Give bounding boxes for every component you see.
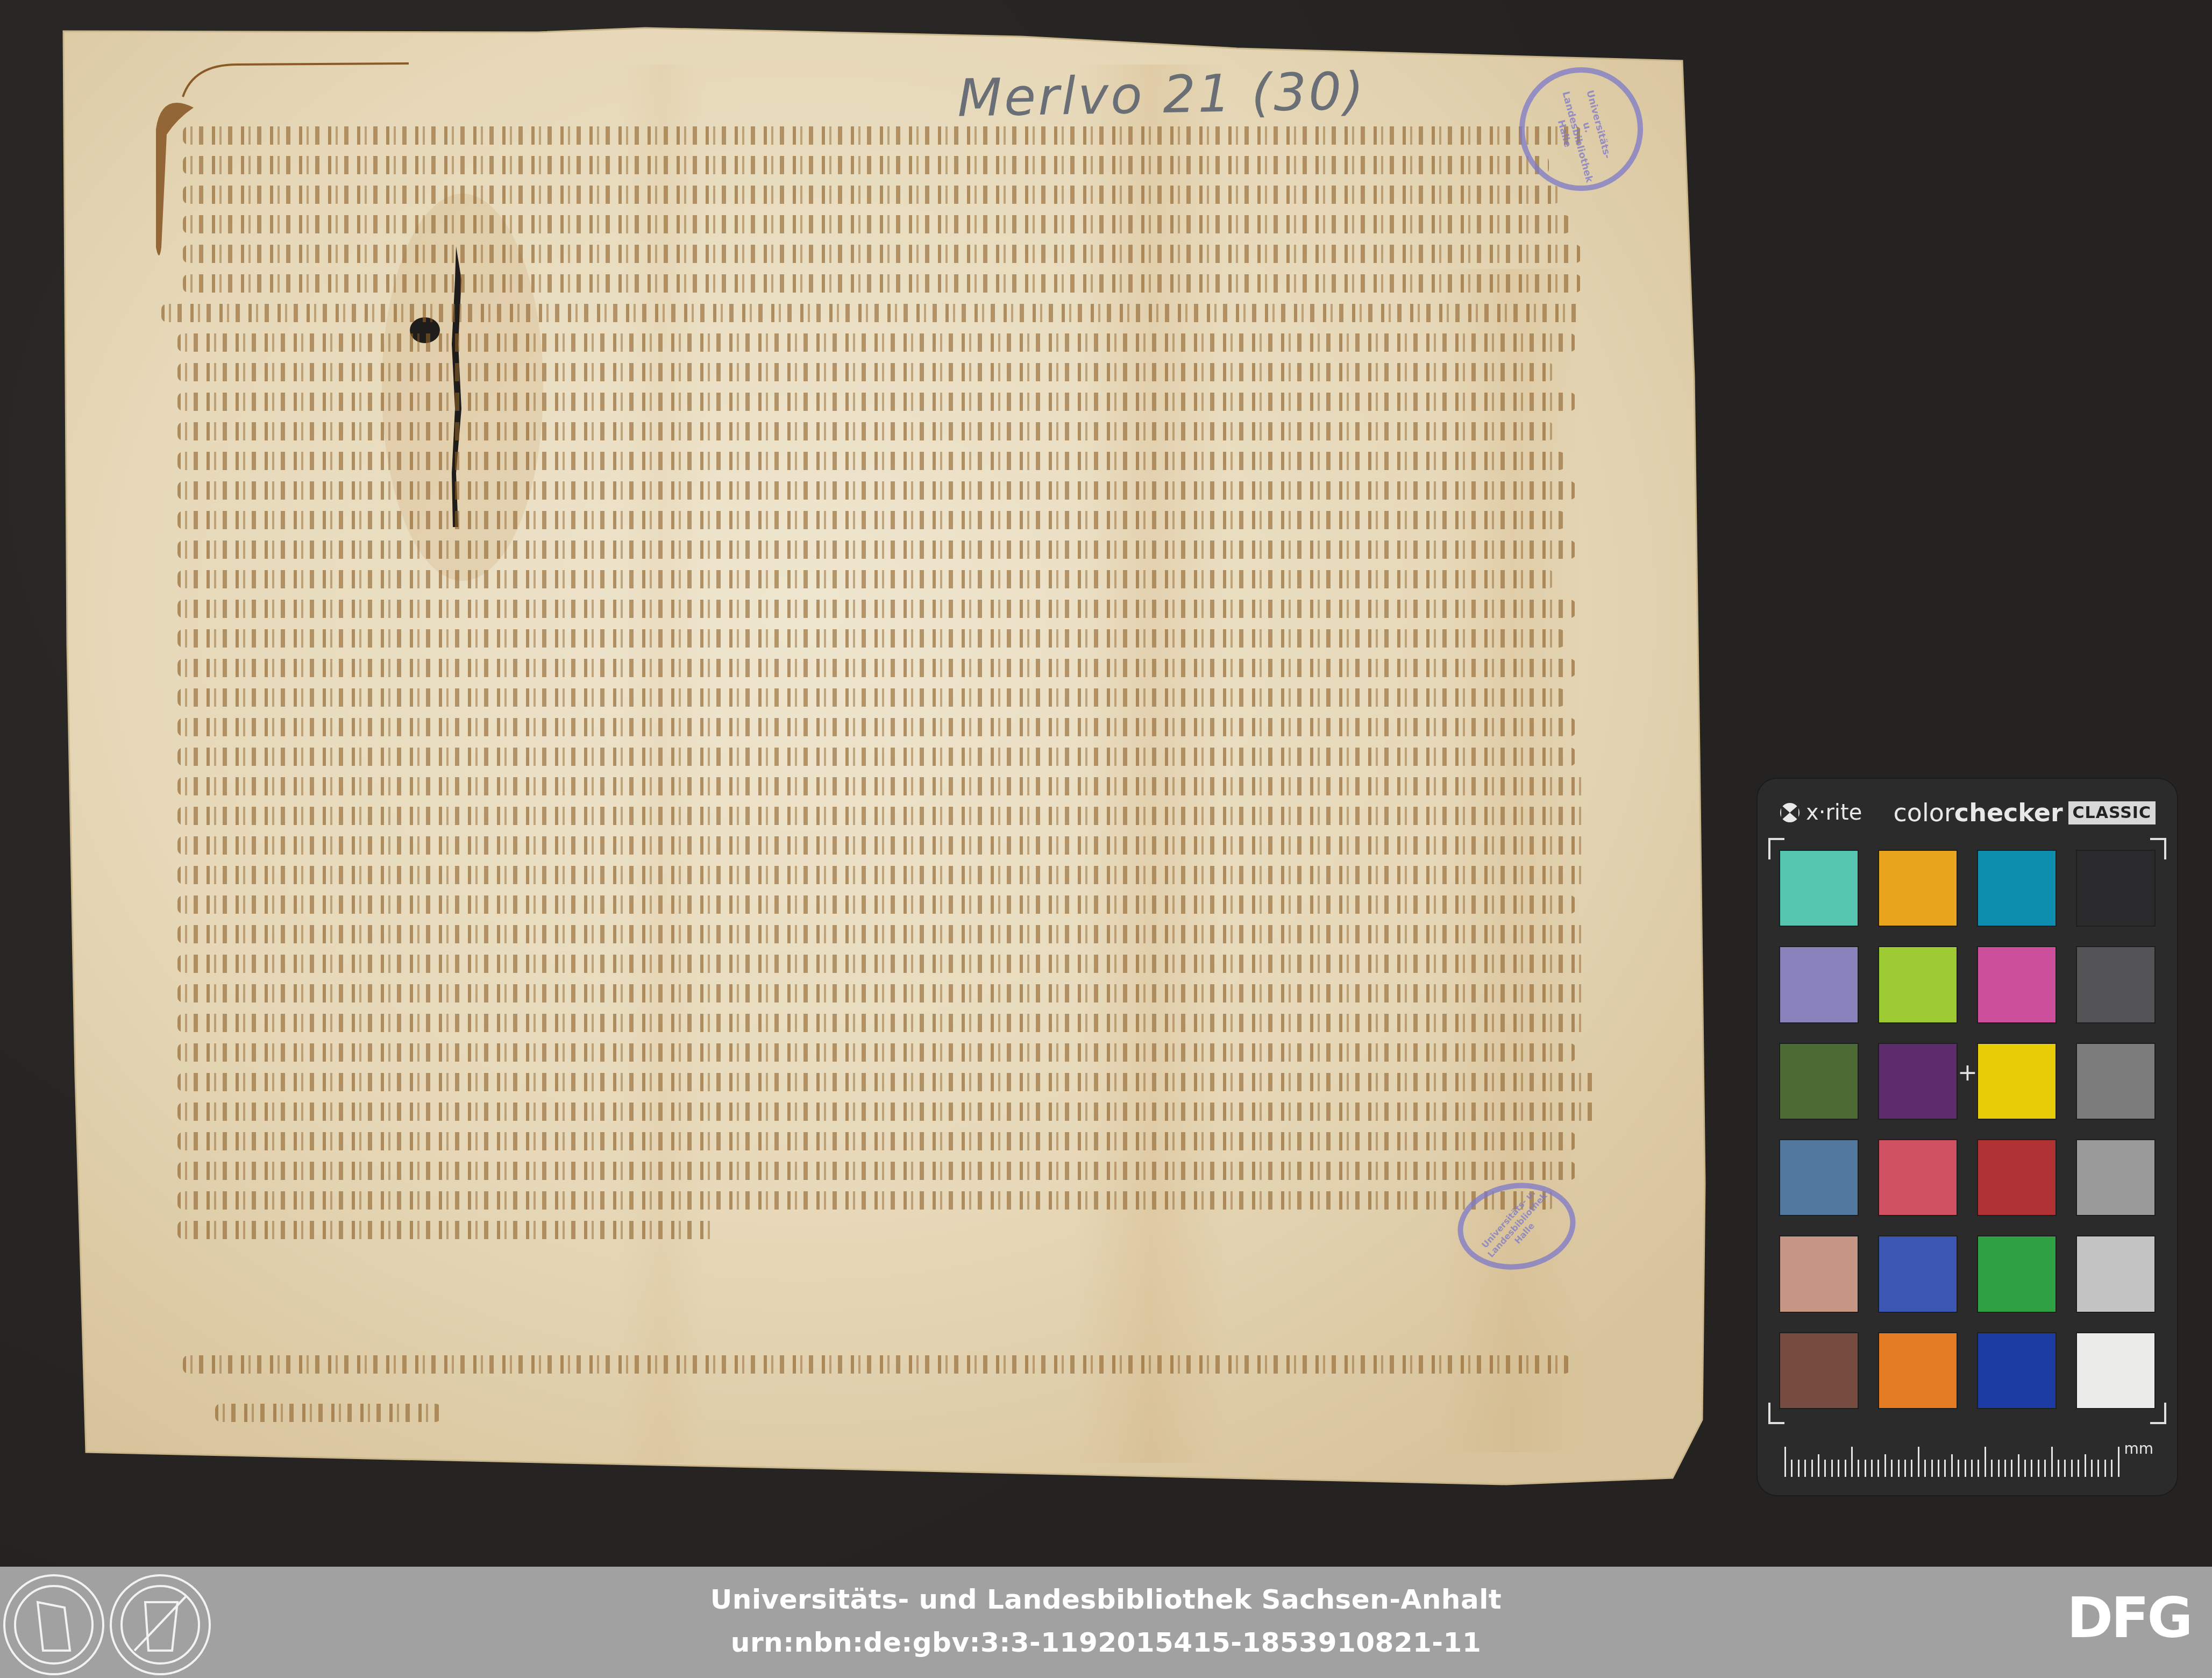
ruler-tick <box>2097 1460 2099 1477</box>
footer-bar: Universitäts- und Landesbibliothek Sachs… <box>0 1567 2212 1678</box>
color-patch <box>2076 1139 2156 1216</box>
ruler-tick <box>2018 1454 2019 1477</box>
ruler-tick <box>1924 1460 1926 1477</box>
ruler-tick <box>1971 1460 1973 1477</box>
ruler-tick <box>2038 1460 2039 1477</box>
urn-identifier: urn:nbn:de:gbv:3:3-1192015415-1853910821… <box>0 1627 2212 1658</box>
ruler-tick <box>1918 1447 1919 1477</box>
color-patch <box>1878 1043 1958 1120</box>
ruler-tick <box>1938 1460 1939 1477</box>
ruler-tick <box>2024 1460 2026 1477</box>
ruler-unit-label: mm <box>2124 1440 2153 1457</box>
color-patch <box>1977 1139 2057 1216</box>
dfg-logo: DFG <box>2067 1596 2196 1640</box>
color-patch <box>2076 850 2156 927</box>
ruler-tick <box>1904 1460 1906 1477</box>
color-patch <box>1977 1235 2057 1312</box>
ruler-tick <box>2031 1460 2032 1477</box>
library-stamp-top: Universitäts- u. Landesbibliothek Halle <box>1519 67 1643 191</box>
classic-badge: CLASSIC <box>2068 801 2156 824</box>
color-patch <box>1779 946 1859 1023</box>
color-patch <box>1977 1043 2057 1120</box>
ruler-tick <box>2091 1460 2093 1477</box>
ruler-tick <box>1831 1460 1833 1477</box>
color-patch <box>1977 946 2057 1023</box>
ruler-tick <box>2085 1454 2086 1477</box>
ruler-tick <box>1978 1460 1979 1477</box>
ruler-tick <box>1998 1460 2000 1477</box>
ruler-tick <box>2044 1460 2046 1477</box>
ruler-tick <box>1911 1460 1912 1477</box>
ruler-tick <box>1818 1454 1819 1477</box>
ruler-tick <box>1804 1460 1806 1477</box>
color-patch <box>1878 1332 1958 1409</box>
ruler-tick <box>1891 1460 1893 1477</box>
ruler-tick <box>2004 1460 2006 1477</box>
color-patch <box>1779 1235 1859 1312</box>
color-patch <box>1878 850 1958 927</box>
ruler-tick <box>1845 1460 1846 1477</box>
ruler-tick <box>1851 1447 1853 1477</box>
color-checker-card: x·rite colorchecker CLASSIC + mm <box>1758 779 2177 1495</box>
ruler-tick <box>2051 1447 2053 1477</box>
colorchecker-product-name: colorchecker CLASSIC <box>1894 798 2156 827</box>
mm-ruler <box>1784 1445 2129 1477</box>
color-patch <box>1977 1332 2057 1409</box>
ruler-tick <box>1824 1460 1826 1477</box>
ruler-tick <box>2064 1460 2066 1477</box>
ruler-tick <box>1944 1460 1946 1477</box>
ruler-tick <box>1858 1460 1859 1477</box>
ruler-tick <box>1871 1460 1873 1477</box>
ruler-tick <box>1991 1460 1993 1477</box>
xrite-logo-icon <box>1779 802 1801 823</box>
color-patch <box>1878 1235 1958 1312</box>
color-patch <box>1779 1139 1859 1216</box>
ruler-tick <box>2118 1447 2119 1477</box>
ruler-tick <box>2078 1460 2079 1477</box>
color-patch <box>2076 1043 2156 1120</box>
color-patch <box>1878 1139 1958 1216</box>
ruler-tick <box>1965 1460 1966 1477</box>
color-patch-grid <box>1779 850 2156 1409</box>
color-patch <box>1878 946 1958 1023</box>
ruler-tick <box>1877 1460 1879 1477</box>
ruler-tick <box>2058 1460 2059 1477</box>
ruler-tick <box>1985 1447 1986 1477</box>
shelfmark-annotation: Merlvo 21 (30) <box>957 61 1367 128</box>
ruler-tick <box>1931 1460 1933 1477</box>
ruler-tick <box>1951 1454 1953 1477</box>
color-patch <box>2076 1235 2156 1312</box>
ruler-tick <box>2104 1460 2106 1477</box>
xrite-brand: x·rite <box>1779 800 1862 825</box>
color-patch <box>2076 1332 2156 1409</box>
ruler-tick <box>1898 1460 1900 1477</box>
ruler-tick <box>2111 1460 2113 1477</box>
crosshair-icon: + <box>1958 1061 1978 1085</box>
ruler-tick <box>1791 1460 1793 1477</box>
color-patch <box>1977 850 2057 927</box>
color-patch <box>1779 1332 1859 1409</box>
color-patch <box>1779 1043 1859 1120</box>
ruler-tick <box>1838 1460 1839 1477</box>
ruler-tick <box>1811 1460 1813 1477</box>
color-patch <box>2076 946 2156 1023</box>
ruler-tick <box>1884 1454 1886 1477</box>
color-patch <box>1779 850 1859 927</box>
ruler-tick <box>1865 1460 1866 1477</box>
ruler-tick <box>1798 1460 1800 1477</box>
institution-name: Universitäts- und Landesbibliothek Sachs… <box>0 1584 2212 1615</box>
ruler-tick <box>1958 1460 1959 1477</box>
ruler-tick <box>1784 1447 1786 1477</box>
ruler-tick <box>2071 1460 2073 1477</box>
ruler-tick <box>2011 1460 2012 1477</box>
